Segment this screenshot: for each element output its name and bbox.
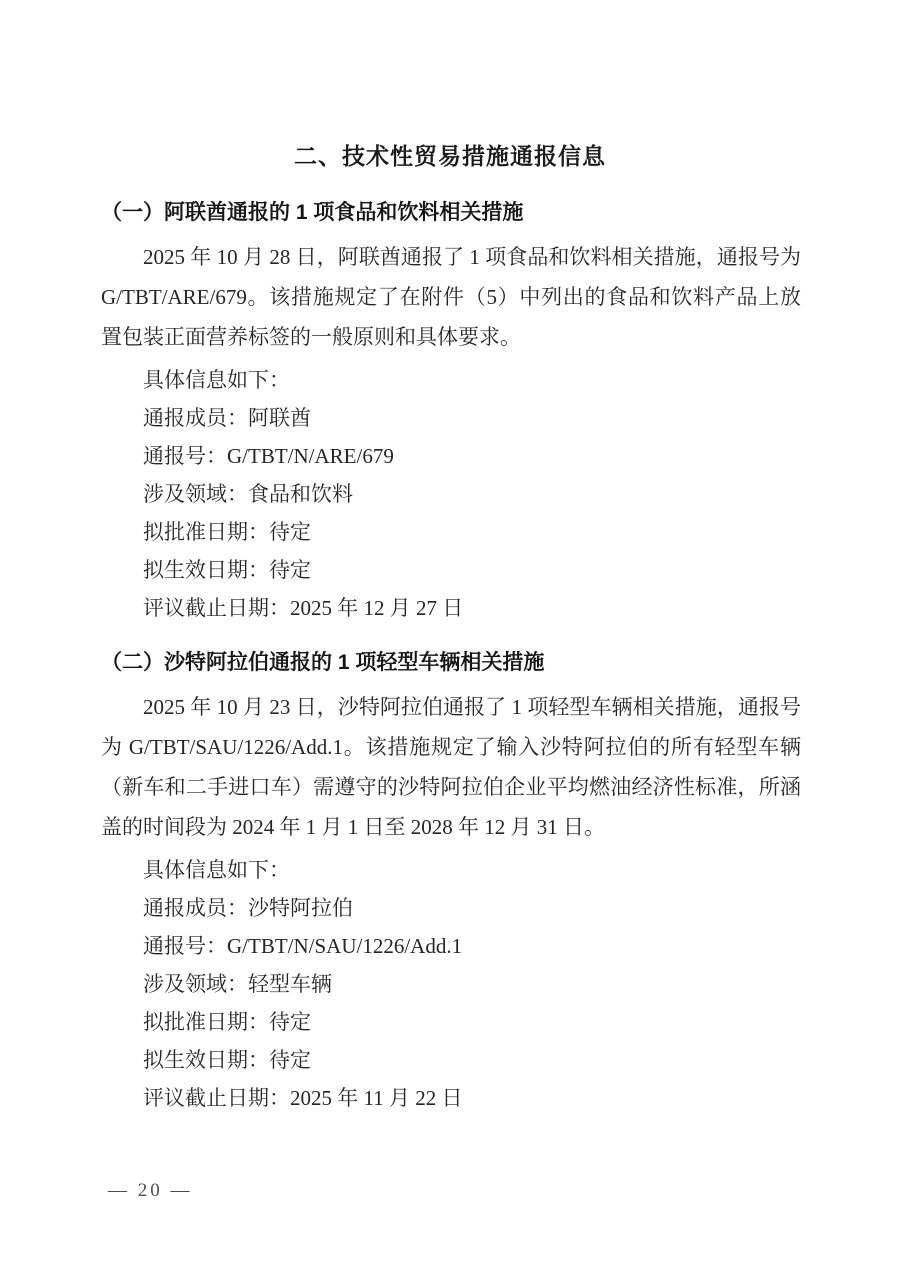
section-saudi-notification: （二）沙特阿拉伯通报的 1 项轻型车辆相关措施 2025 年 10 月 23 日… — [101, 648, 801, 1117]
page-content: （一）阿联酋通报的 1 项食品和饮料相关措施 2025 年 10 月 28 日，… — [101, 198, 801, 1117]
section-paragraph-uae: 2025 年 10 月 28 日，阿联酋通报了 1 项食品和饮料相关措施，通报号… — [101, 237, 801, 357]
detail-comment-deadline: 评议截止日期：2025 年 11 月 22 日 — [101, 1079, 801, 1117]
section-uae-notification: （一）阿联酋通报的 1 项食品和饮料相关措施 2025 年 10 月 28 日，… — [101, 198, 801, 627]
details-intro: 具体信息如下： — [101, 851, 801, 889]
details-intro: 具体信息如下： — [101, 361, 801, 399]
document-page: 二、技术性贸易措施通报信息 （一）阿联酋通报的 1 项食品和饮料相关措施 202… — [0, 0, 900, 1272]
details-block-saudi: 具体信息如下： 通报成员：沙特阿拉伯 通报号：G/TBT/N/SAU/1226/… — [101, 851, 801, 1117]
detail-field-covered: 涉及领域：食品和饮料 — [101, 475, 801, 513]
section-heading-uae: （一）阿联酋通报的 1 项食品和饮料相关措施 — [101, 198, 801, 228]
detail-notifying-member: 通报成员：阿联酋 — [101, 399, 801, 437]
detail-notification-number: 通报号：G/TBT/N/ARE/679 — [101, 437, 801, 475]
detail-field-covered: 涉及领域：轻型车辆 — [101, 965, 801, 1003]
section-paragraph-saudi: 2025 年 10 月 23 日，沙特阿拉伯通报了 1 项轻型车辆相关措施，通报… — [101, 687, 801, 847]
detail-proposed-adoption-date: 拟批准日期：待定 — [101, 1003, 801, 1041]
detail-proposed-adoption-date: 拟批准日期：待定 — [101, 513, 801, 551]
detail-proposed-entry-into-force-date: 拟生效日期：待定 — [101, 1041, 801, 1079]
page-number: — 20 — — [108, 1180, 193, 1202]
detail-comment-deadline: 评议截止日期：2025 年 12 月 27 日 — [101, 589, 801, 627]
detail-proposed-entry-into-force-date: 拟生效日期：待定 — [101, 551, 801, 589]
details-block-uae: 具体信息如下： 通报成员：阿联酋 通报号：G/TBT/N/ARE/679 涉及领… — [101, 361, 801, 627]
detail-notification-number: 通报号：G/TBT/N/SAU/1226/Add.1 — [101, 927, 801, 965]
page-title: 二、技术性贸易措施通报信息 — [0, 138, 900, 171]
section-heading-saudi: （二）沙特阿拉伯通报的 1 项轻型车辆相关措施 — [101, 648, 801, 678]
detail-notifying-member: 通报成员：沙特阿拉伯 — [101, 889, 801, 927]
